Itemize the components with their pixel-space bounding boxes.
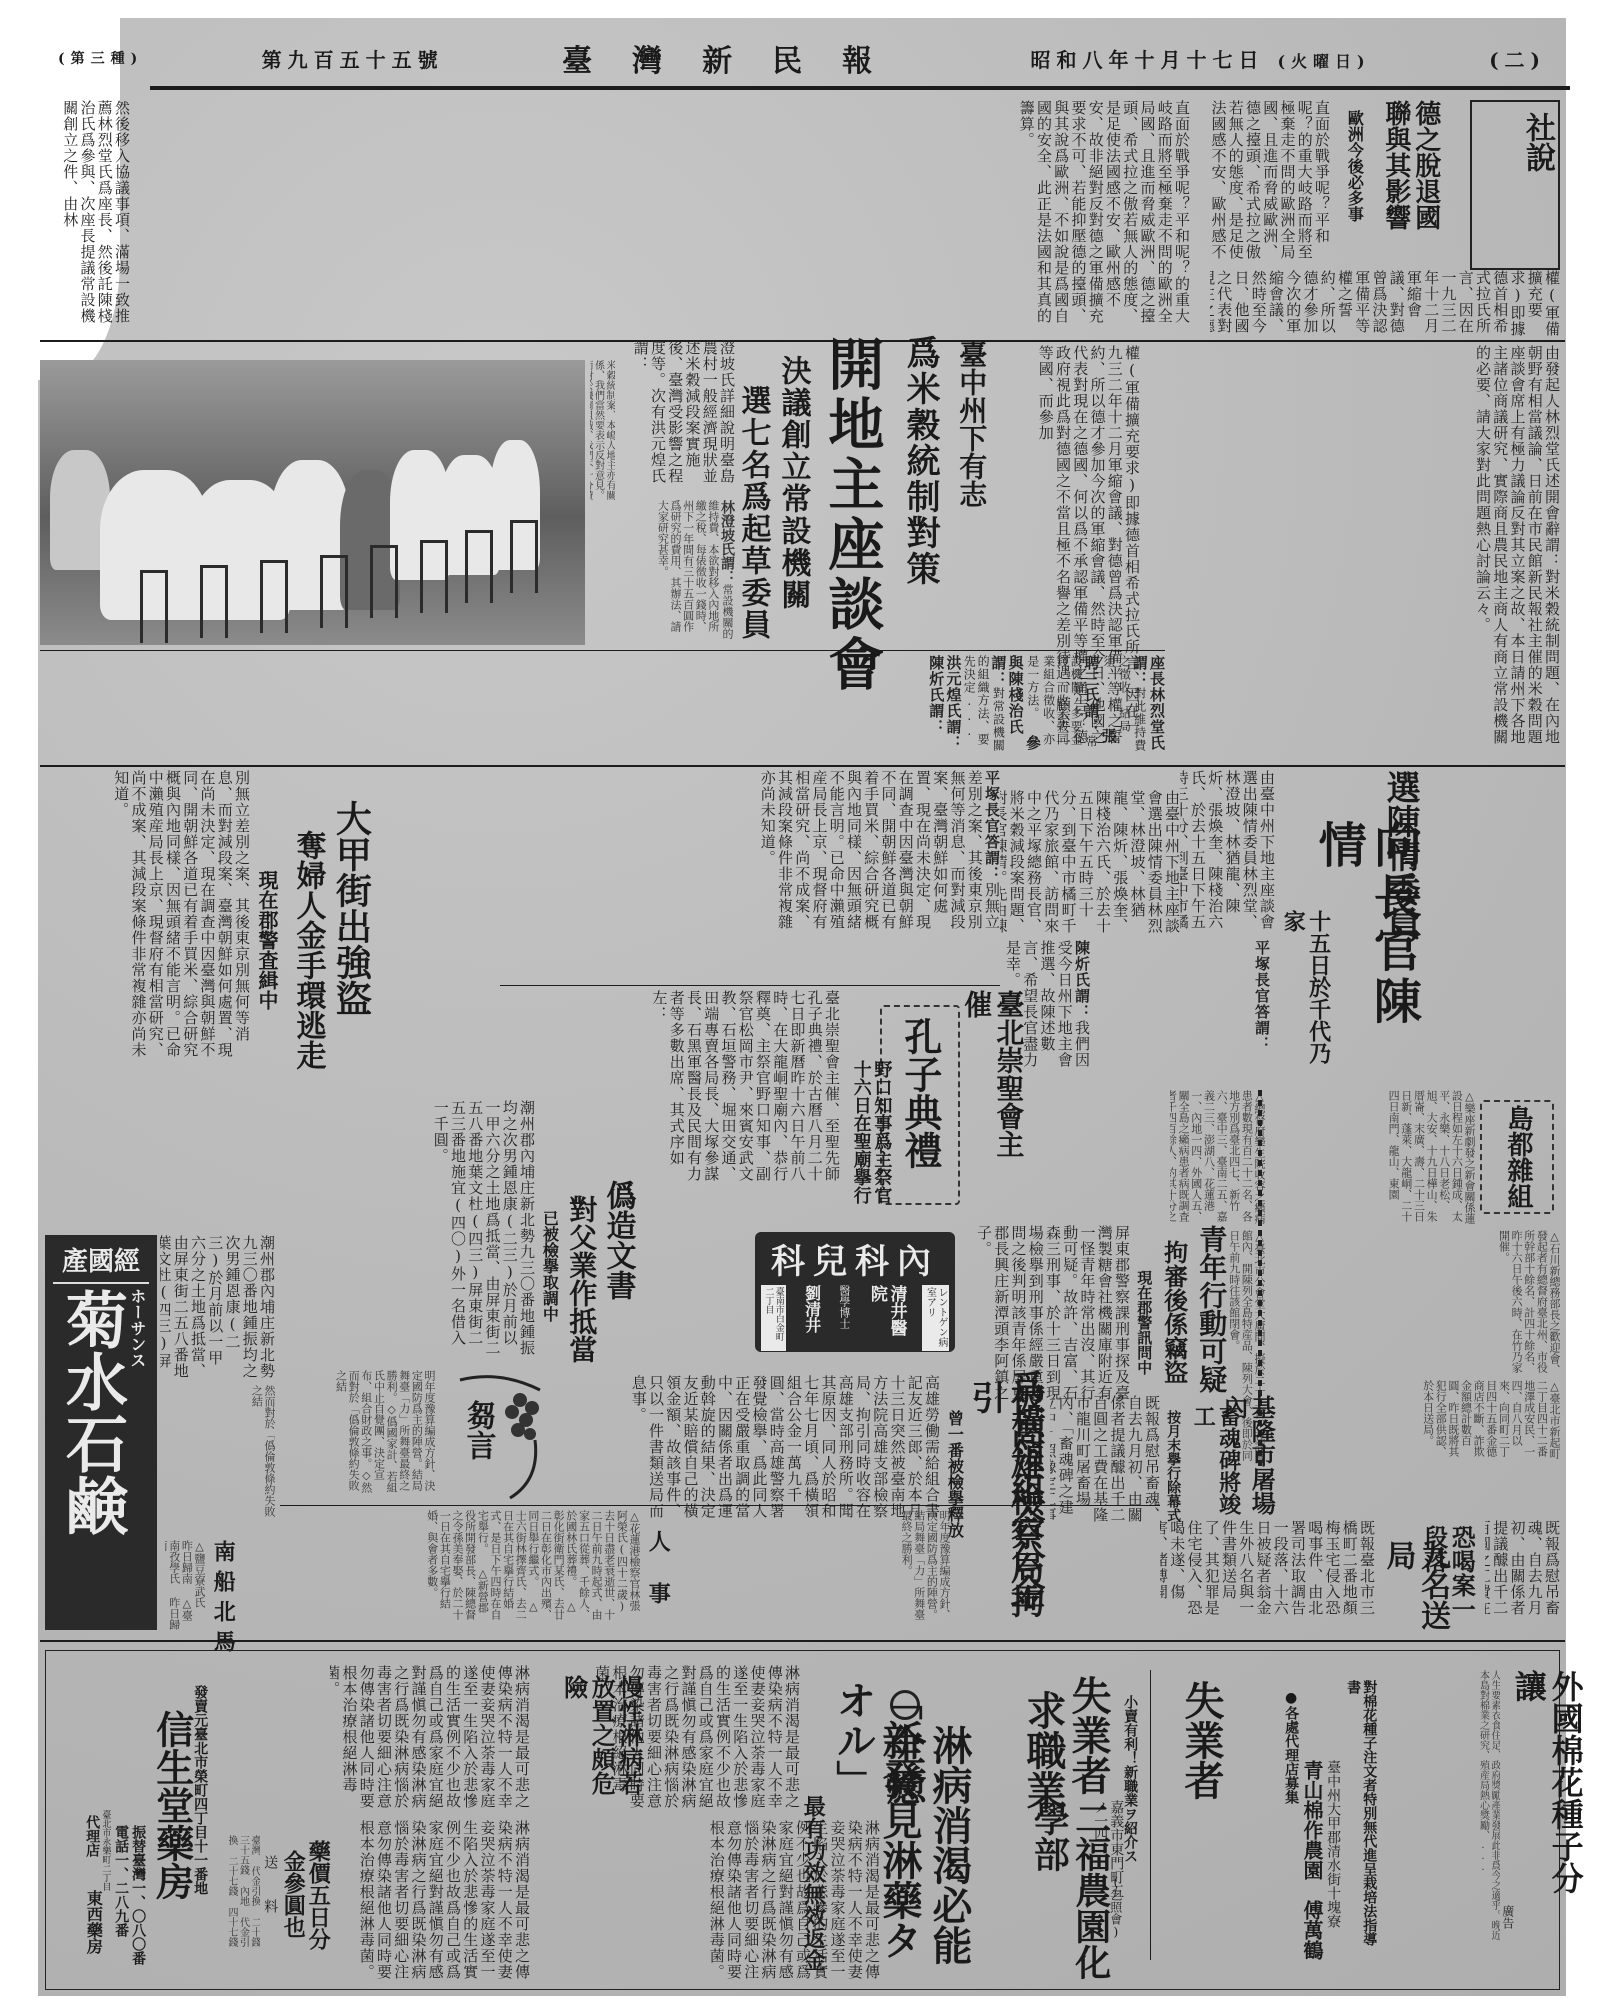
confucius-text: 臺北崇聖會主催、至聖先師孔子典禮、於古曆八月二十七日即新曆昨十六日午前八時、在大… bbox=[500, 990, 840, 1190]
youth-headline1: 青年行動可疑 bbox=[1195, 1225, 1227, 1405]
keelung-text: 既報爲慰吊畜魂、自去九月初、由關係者提議醵出千二百圓之工費在基隆市龍川町屠畜場內… bbox=[1050, 1395, 1160, 1530]
clinic-doctor-title: 醫學博士 bbox=[837, 1285, 850, 1349]
section-divider bbox=[500, 985, 1000, 986]
cotton-ad-body: 人生要素衣食住足、政府獎勵產業發展此非爲今之適乎。晚近本島對棉業之研究、殖産局熱… bbox=[1380, 1670, 1500, 1940]
travel-label: 南船北馬 bbox=[210, 1540, 235, 1660]
forgery-text: 潮州郡內埔庄新北勢九三〇番地鍾振均之次男鍾恩康(二三)於月前以一甲六分之土地爲抵… bbox=[280, 1100, 535, 1360]
main-story-kicker: 臺中州下有志 bbox=[955, 340, 987, 508]
robbery-text: 別無立差別之案、其後東京別無何等消息、而對減段案、臺灣朝鮮如何處置、現在尚未決定… bbox=[40, 770, 250, 1070]
section-divider bbox=[40, 650, 1165, 651]
cotton-ad-company: 青山棉作農園 傅萬鶴 bbox=[1300, 1760, 1323, 1960]
page-number: (二) bbox=[1489, 44, 1546, 73]
extortion-text: 既報臺北市三橋町二番地顏梅玉宅侵入恐喝事件、由北署司法取調告一段落、十六日被疑者… bbox=[1160, 1520, 1375, 1630]
speakers-block: 座長林烈堂氏謂：對此維持費之徵收、結局須... 張聘三氏謂：常設機關、多要金錢、… bbox=[40, 655, 1165, 755]
issue-number: 第九百五十五號 bbox=[262, 44, 444, 73]
job-ad-tagline: 小賣有利！新職業ヲ紹介ス bbox=[1122, 1695, 1138, 1895]
editorial-header: 社說 bbox=[1470, 100, 1560, 270]
keelung-headline2: 畜魂碑將竣工 bbox=[1190, 1405, 1241, 1535]
clinic-doctor-name: 劉清井 bbox=[802, 1285, 820, 1349]
personnel-label: 人事 bbox=[645, 1530, 670, 1634]
section-divider bbox=[40, 340, 1565, 342]
cotton-ad-tag: 廣告 bbox=[1500, 1905, 1514, 1929]
keelung-text-continued: 既報爲慰吊畜魂、自去九月初、由關係者提議醵出千二百圓之工費在基隆市龍川町屠畜場內… bbox=[1485, 1520, 1560, 1625]
section-divider bbox=[40, 765, 1565, 767]
cotton-ad-agents: ●各處代理店募集 bbox=[1283, 1690, 1299, 1820]
job-ad-company: 二福農園化學部 bbox=[1028, 1800, 1111, 2000]
torn-edge bbox=[0, 880, 38, 2000]
personnel-list: △花蓮港檢察官林張阿榮氏(四十二歲)去十日盡老衰逝世、十二日午前九時起式、由家五… bbox=[290, 1510, 640, 1620]
meeting-photo bbox=[40, 360, 585, 645]
paper-name: 臺灣新民報 bbox=[562, 36, 912, 80]
photo-caption: 米穀統制案、本嶋人地主亦有關係、我們當然要表示反對意見。而對於機關組織、我們不十… bbox=[590, 360, 615, 500]
keelung-subhead: 按月末擧行除幕式 bbox=[1165, 1410, 1181, 1530]
job-ad-headline1: 失業者 bbox=[1178, 1680, 1224, 1800]
clinic-address: 臺南市白金町二丁目 bbox=[761, 1285, 786, 1351]
essay-title: 芻言 bbox=[460, 1400, 495, 1460]
essay-text: 明年度豫算編成方針、決定國防爲主的陣營。結局舞臺「力」所舞臺最終之勝利。◇僞國家… bbox=[290, 1370, 435, 1500]
robbery-headline1: 大甲街出強盜 bbox=[330, 800, 371, 1060]
editorial-subtitle: 歐洲今後必多事 bbox=[1345, 110, 1363, 260]
forgery-headline2: 對父業作抵當 bbox=[565, 1195, 597, 1365]
main-story-lead: 由發起人林烈堂氏述開會辭謂：對米穀統制問題、在內地朝野有相當議論、日前在市民館新… bbox=[1150, 345, 1560, 745]
clinic-hospital: 清井醫院 bbox=[866, 1285, 905, 1349]
main-story-lead-text: 澄坡氏詳細說明臺島農村一般經濟現狀並述米穀減段案實施後、臺灣受影響之程度等。次有… bbox=[615, 340, 735, 490]
editorial-title: 德之脫退國 聯與其影響 bbox=[1380, 100, 1440, 260]
publication-date: 昭和八年十月十七日 (火曜日) bbox=[1031, 44, 1371, 73]
clinic-xray: レントゲン病室アリ bbox=[922, 1285, 949, 1351]
union-text: 高雄勞働需給組合書記友近三郎、於本月十三日突然被臺南地方法院高雄支部檢察局、拘引… bbox=[530, 1375, 940, 1525]
cotton-ad-offer: 對棉花種子注文者特別無代進呈栽培法指導書 bbox=[1345, 1680, 1377, 1950]
petition-official-reply: 平塚長官答謂： bbox=[1090, 940, 1270, 1070]
column-divider bbox=[1150, 1670, 1151, 1960]
cotton-ad-address: 臺中州大甲郡清水街十塊寮 bbox=[1325, 1760, 1341, 1950]
essay-grape-illustration: 芻言 bbox=[440, 1370, 560, 1500]
masthead: (二) 昭和八年十月十七日 (火曜日) 臺灣新民報 第九百五十五號 (第三種) bbox=[38, 32, 1566, 84]
editorial-intro: 直面於戰爭呢？平和呢？的重大岐路而將至極棄走不問的歐洲全局國、且進而脅威歐洲、德… bbox=[1210, 100, 1330, 265]
forgery-continued: 潮州郡內埔庄新北勢九三〇番地鍾振均之次男鍾恩康(二三)於月前以一甲六分之土地爲抵… bbox=[160, 1235, 275, 1380]
forgery-subhead: 已被檢擧取調中 bbox=[540, 1210, 558, 1350]
travel-list: △鹽豆寮武氏 昨日歸南 △臺南孜學氏 昨日歸南 bbox=[165, 1540, 205, 1630]
misc-notes: 然而對於「僞倫敦條約失敗之結 bbox=[160, 1385, 275, 1525]
section-divider bbox=[40, 1640, 1565, 1642]
youth-headline2: 拘審後係竊盜 bbox=[1160, 1240, 1188, 1410]
island-capital-item-4: △總督府樂生院收容之癩病患者數現有百二十二名、各地方別爲臺北四七、新竹六、臺中三… bbox=[1170, 1090, 1265, 1230]
mail-class: (第三種) bbox=[58, 48, 143, 68]
youth-subhead: 現在郡警訊問中 bbox=[1135, 1270, 1152, 1410]
petition-subhead: 十五日於千代乃家 bbox=[1280, 910, 1331, 1070]
cotton-ad-title: 外國棉花種子分讓 bbox=[1510, 1670, 1584, 1910]
robbery-headline2: 奪婦人金手環逃走 bbox=[290, 830, 325, 1090]
personnel-list-2: 明年度豫算編成方針、決定國防爲主的陣營。結局舞臺「力」所舞臺最終之勝利。 bbox=[680, 1510, 950, 1620]
island-capital-item-3: △臺北市新起町二丁目四十二番地澤成安民、一四、自八月以來、向同町二丁目四十五番金… bbox=[1270, 1380, 1560, 1465]
island-capital-label-box: 島都雜組 bbox=[1480, 1100, 1554, 1214]
extortion-headline2: 九名送局 bbox=[1380, 1540, 1449, 1650]
clinic-ad: 內科兒科 レントゲン病室アリ 清井醫院 醫學博士 劉清井 臺南市白金町二丁目 bbox=[755, 1232, 955, 1352]
editorial-body: 直面於戰爭呢？平和呢？的重大岐路而將至極棄走不問的歐洲全局國、且進而脅威歐洲、德… bbox=[130, 100, 1190, 335]
confucius-organizer: 臺北崇聖會主催 bbox=[960, 990, 1024, 1180]
main-story-continued: 然後移入協議事項、滿場一致推薦林烈堂氏爲座長、然後託陳棧治氏爲參與、次座長提議常… bbox=[40, 100, 130, 335]
petition-text-continued: 由臺中州下地主座談會選出陳情委員林烈堂、林澄坡、林猶龍、陳炘、張煥奎、陳棧治六氏… bbox=[1000, 790, 1180, 940]
section-divider bbox=[280, 1505, 1160, 1506]
job-ad-headline2: 求職業 bbox=[1020, 1690, 1066, 1810]
petition-text: 由臺中州下地主座談會選出陳情委員林烈堂、林澄坡、林猶龍、陳炘、張煥奎、陳棧治六氏… bbox=[1180, 770, 1275, 930]
editorial-label: 社說 bbox=[1516, 102, 1559, 268]
union-headline2: 被高雄檢察局拘引 bbox=[965, 1380, 1043, 1640]
clinic-ad-title: 內科兒科 bbox=[755, 1232, 955, 1283]
speaker-lin-chengpo: 林澄坡氏謂：常設機關的維持費、本欲對移入內地所繳之稅、每俵徵收一錢時、州下一年間… bbox=[600, 500, 735, 640]
editorial-continued: 權(軍備擴充要求)即據德首相希式拉氏所言、因在一九三二年十二月軍縮會議、對德曾爲… bbox=[1210, 270, 1560, 345]
soap-product-name: 菊水石鹸 bbox=[56, 1288, 127, 1618]
job-ad-headline1: 失業者 bbox=[1065, 1675, 1111, 1795]
confucius-subhead: 野口知事爲主祭官十六日在聖廟擧行 bbox=[850, 1060, 891, 1210]
forgery-headline1: 僞造文書 bbox=[600, 1180, 635, 1320]
soap-ad: 經國產 ホーサンス 菊水石鹸 bbox=[45, 1235, 157, 1630]
masthead-rule bbox=[150, 86, 1570, 90]
soap-brand-line: 經國產 bbox=[45, 1235, 157, 1278]
island-capital-item-2: △石川新總務部長之歡迎會、發起者有總督府臺北州、市役所幹部十餘名、計四十餘名、昨… bbox=[1270, 1230, 1560, 1380]
petition-official-reply-text: 平塚長官答謂：別無立差別之案、其後東京別無何等消息、而對減段案、臺灣朝鮮如何處置… bbox=[600, 770, 1000, 935]
robbery-subhead: 現在郡警査緝中 bbox=[255, 870, 278, 1070]
island-capital-item-1: △樂座新劇發之新會關係蓮設日程如左十六日鍾成、太平、永樂、十八日老松、旭、大安、… bbox=[1270, 1090, 1475, 1230]
soap-katakana: ホーサンス bbox=[127, 1288, 145, 1428]
